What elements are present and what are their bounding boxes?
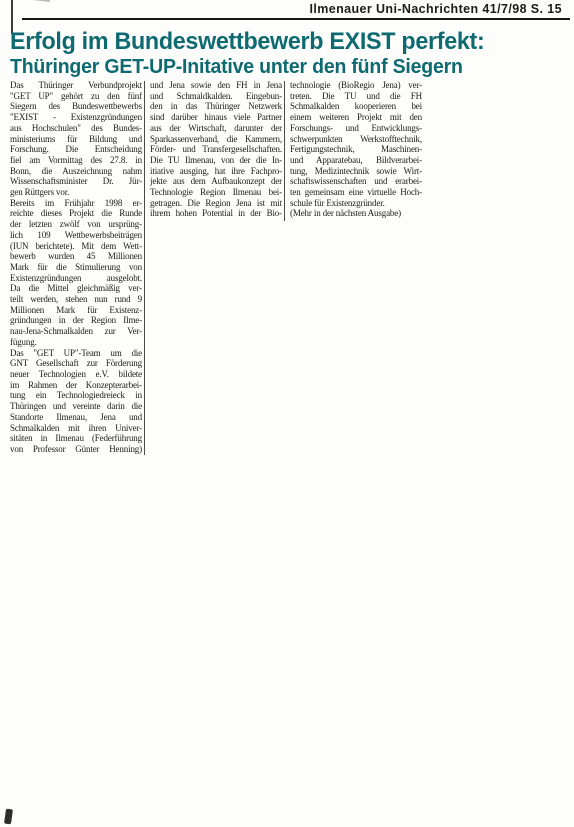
- text-line: der letzten zwölf von ursprüng-: [10, 219, 142, 230]
- article-subtitle: Thüringer GET-UP-Initative unter den fün…: [10, 55, 542, 78]
- text-line: Das "GET UP"-Team um die: [10, 348, 142, 359]
- text-line: treten. Die TU und die FH: [290, 91, 422, 102]
- text-line: teilt werden, stehen nun rund 9: [10, 294, 142, 305]
- text-line: schaftswissenschaften und erarbei-: [290, 176, 422, 187]
- text-line: schwerpunkten Werkstofftechnik,: [290, 134, 422, 145]
- masthead-text: Ilmenauer Uni-Nachrichten 41/7/98 S. 15: [309, 2, 562, 16]
- text-line: Forschung. Die Entscheidung: [10, 144, 142, 155]
- article-column-2: und Jena sowie den FH in Jenaund Schmald…: [150, 80, 282, 455]
- scan-artifact-smudge: [16, 0, 50, 2]
- text-line: aus der Wirtschaft, darunter der: [150, 123, 282, 134]
- text-line: und Apparatebau, Bildverarbei-: [290, 155, 422, 166]
- text-line: technologie (BioRegio Jena) ver-: [290, 80, 422, 91]
- text-line: bewerb wurden 45 Millionen: [10, 251, 142, 262]
- scan-artifact-bottom-mark: [4, 809, 13, 825]
- text-line: ministeriums für Bildung und: [10, 134, 142, 145]
- text-line: sind darüber hinaus viele Partner: [150, 112, 282, 123]
- text-line: lich 109 Wettbewerbsbeiträgen: [10, 230, 142, 241]
- text-line: Förder- und Transfergesellschaften.: [150, 144, 282, 155]
- masthead-rule: [22, 18, 570, 20]
- text-line: GNT Gesellschaft zur Förderung: [10, 358, 142, 369]
- text-line: jekte aus dem Aufbaukonzept der: [150, 176, 282, 187]
- text-line: schule für Existenzgründer.: [290, 198, 422, 209]
- text-line: neuer Technologien e.V. bildete: [10, 369, 142, 380]
- text-line: Bonn, die Auszeichnung nahm: [10, 166, 142, 177]
- text-line: Die TU Ilmenau, von der die In-: [150, 155, 282, 166]
- text-line: Technologie Region Ilmenau bei-: [150, 187, 282, 198]
- article-title: Erfolg im Bundeswettbewerb EXIST perfekt…: [10, 28, 553, 55]
- text-line: "EXIST - Existenzgründungen: [10, 112, 142, 123]
- text-line: und Schmaldkalden. Eingebun-: [150, 91, 282, 102]
- text-line: Bereits im Frühjahr 1998 er-: [10, 198, 142, 209]
- text-line: Existenzgründungen ausgelobt.: [10, 273, 142, 284]
- text-line: Thüringen und vereinte darin die: [10, 401, 142, 412]
- text-line: ihrem hohen Potential in der Bio-: [150, 208, 282, 219]
- text-line: Wissenschaftsminister Dr. Jür-: [10, 176, 142, 187]
- text-line: ten gemeinsam eine virtuelle Hoch-: [290, 187, 422, 198]
- text-line: Fertigungstechnik, Maschinen-: [290, 144, 422, 155]
- article-column-1: Das Thüringer Verbundprojekt"GET UP" geh…: [10, 80, 142, 455]
- text-line: fiel am Vormittag des 27.8. in: [10, 155, 142, 166]
- text-line: Millionen Mark für Existenz-: [10, 305, 142, 316]
- text-line: Sparkassenverband, die Kammern,: [150, 134, 282, 145]
- text-line: von Professor Günter Henning): [10, 444, 142, 455]
- text-line: "GET UP" gehört zu den fünf: [10, 91, 142, 102]
- headline-block: Erfolg im Bundeswettbewerb EXIST perfekt…: [10, 28, 570, 78]
- text-line: (IUN berichtete). Mit dem Wett-: [10, 241, 142, 252]
- text-line: Schmalkalden mit ihren Univer-: [10, 423, 142, 434]
- text-line: gründungen in der Region Ilme-: [10, 315, 142, 326]
- text-line: reichte dieses Projekt die Runde: [10, 208, 142, 219]
- text-line: den in das Thüringer Netzwerk: [150, 101, 282, 112]
- text-line: nau-Jena-Schmalkalden zur Ver-: [10, 326, 142, 337]
- column-divider-1: [144, 81, 145, 455]
- text-line: tung ein Technologiedreieck in: [10, 390, 142, 401]
- text-line: Standorte Ilmenau, Jena und: [10, 412, 142, 423]
- text-line: und Jena sowie den FH in Jena: [150, 80, 282, 91]
- text-line: im Rahmen der Konzepterarbei-: [10, 380, 142, 391]
- text-line: Da die Mittel gleichmäßig ver-: [10, 283, 142, 294]
- text-line: getragen. Die Region Jena ist mit: [150, 198, 282, 209]
- text-line: Mark für die Stimulierung von: [10, 262, 142, 273]
- text-line: Forschungs- und Entwicklungs-: [290, 123, 422, 134]
- text-line: (Mehr in der nächsten Ausgabe): [290, 208, 422, 219]
- newspaper-page: Ilmenauer Uni-Nachrichten 41/7/98 S. 15 …: [0, 0, 574, 827]
- text-line: itiative ausging, hat ihre Fachpro-: [150, 166, 282, 177]
- text-line: tung, Medizintechnik sowie Wirt-: [290, 166, 422, 177]
- text-line: Das Thüringer Verbundprojekt: [10, 80, 142, 91]
- text-line: sitäten in Ilmenau (Federführung: [10, 433, 142, 444]
- text-line: fügung.: [10, 337, 142, 348]
- text-line: einem weiteren Projekt mit den: [290, 112, 422, 123]
- article-body: Das Thüringer Verbundprojekt"GET UP" geh…: [10, 80, 422, 455]
- text-line: gen Rüttgers vor.: [10, 187, 142, 198]
- column-divider-2: [284, 81, 285, 221]
- article-column-3: technologie (BioRegio Jena) ver-treten. …: [290, 80, 422, 455]
- text-line: aus Hochschulen" des Bundes-: [10, 123, 142, 134]
- text-line: Siegern des Bundeswettbewerbs: [10, 101, 142, 112]
- text-line: Schmalkalden kooperieren bei: [290, 101, 422, 112]
